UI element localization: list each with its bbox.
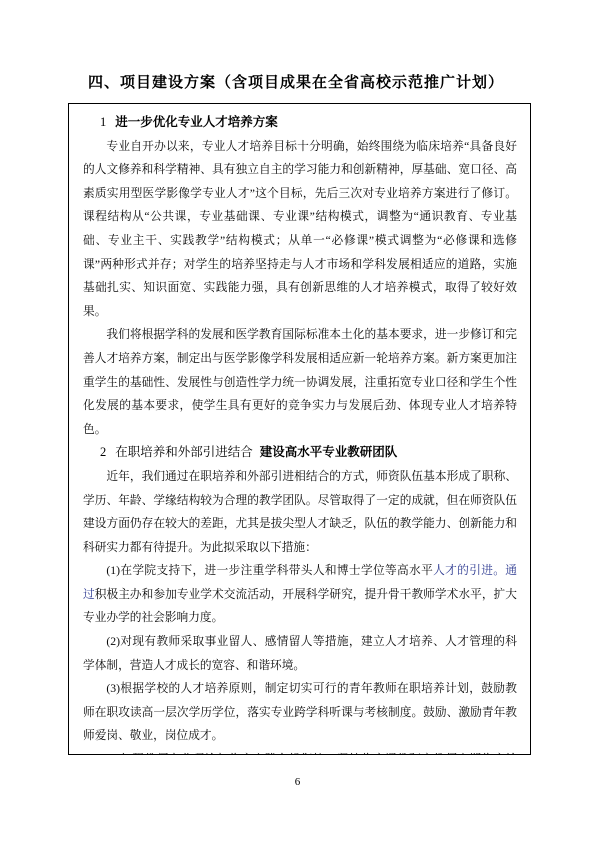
- body-text: 近年，我们通过在职培养和外部引进相结合的方式，师资队伍基本形成了职称、学历、年龄…: [83, 470, 517, 554]
- paragraph: 专业自开办以来，专业人才培养目标十分明确，始终围绕为临床培养“具备良好的人文修养…: [83, 135, 517, 324]
- document-page: 四、项目建设方案（含项目成果在全省高校示范推广计划） 1进一步优化专业人才培养方…: [0, 0, 595, 842]
- section-heading-1: 1进一步优化专业人才培养方案: [83, 111, 517, 135]
- body-text: 专业自开办以来，专业人才培养目标十分明确，始终围绕为临床培养“具备良好的人文修养…: [83, 140, 517, 318]
- paragraph: 我们将根据学科的发展和医学教育国际标准本土化的基本要求，进一步修订和完善人才培养…: [83, 323, 517, 441]
- paragraph: (2)对现有教师采取事业留人、感情留人等措施，建立人才培养、人才管理的科学体制，…: [83, 630, 517, 677]
- body-text: (2)对现有教师采取事业留人、感情留人等措施，建立人才培养、人才管理的科学体制，…: [83, 635, 517, 672]
- section-title-bold: 建设高水平专业教研团队: [260, 445, 398, 459]
- section-number: 2: [100, 445, 106, 459]
- content-box: 1进一步优化专业人才培养方案专业自开办以来，专业人才培养目标十分明确，始终围绕为…: [68, 103, 531, 755]
- paragraph: (1)在学院支持下，进一步注重学科带头人和博士学位等高水平人才的引进。通过积极主…: [83, 559, 517, 630]
- page-number: 6: [0, 776, 595, 788]
- section-heading-2: 2在职培养和外部引进结合建设高水平专业教研团队: [83, 441, 517, 465]
- section-title-bold: 进一步优化专业人才培养方案: [115, 115, 278, 129]
- paragraph: (4)加强教师专业理论与临床实践有机衔接，坚持临床课教研室教师定期临床轮岗制度，…: [83, 748, 517, 755]
- body-text: (3)根据学校的人才培养原则，制定切实可行的青年教师在职培养计划，鼓励教师在职攻…: [83, 682, 517, 742]
- paragraph: (3)根据学校的人才培养原则，制定切实可行的青年教师在职培养计划，鼓励教师在职攻…: [83, 677, 517, 748]
- body-text: 积极主办和参加专业学术交流活动，开展科学研究，提升骨干教师学术水平，扩大专业办学…: [83, 588, 517, 625]
- paragraph: 近年，我们通过在职培养和外部引进相结合的方式，师资队伍基本形成了职称、学历、年龄…: [83, 465, 517, 559]
- body-text: 我们将根据学科的发展和医学教育国际标准本土化的基本要求，进一步修订和完善人才培养…: [83, 328, 517, 435]
- section-number: 1: [100, 115, 106, 129]
- section-title-plain: 在职培养和外部引进结合: [115, 445, 253, 459]
- body-text: (1)在学院支持下，进一步注重学科带头人和博士学位等高水平: [106, 564, 433, 577]
- body-text: (4)加强教师专业理论与临床实践有机衔接，坚持临床课教研室教师定期临床轮岗制度，…: [83, 753, 517, 755]
- page-title: 四、项目建设方案（含项目成果在全省高校示范推广计划）: [88, 71, 504, 92]
